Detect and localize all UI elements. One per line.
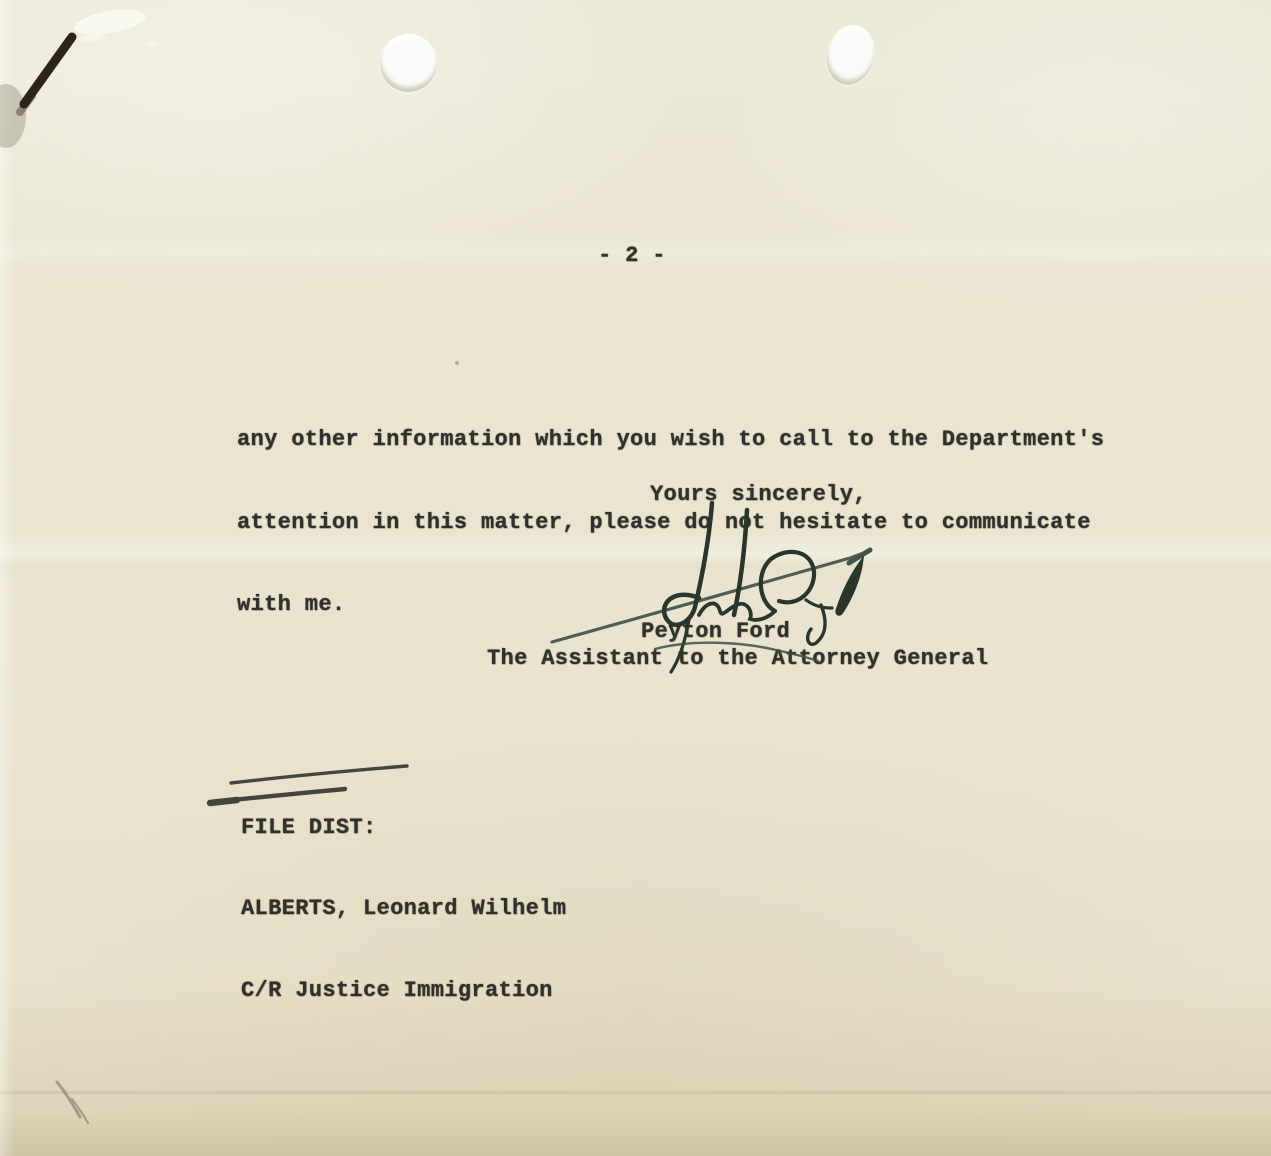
body-line: attention in this matter, please do not … [237,509,1104,537]
hole-punch-left [376,30,441,95]
hole-punch-right [820,20,880,90]
signer-name: Peyton Ford [641,618,790,646]
pencil-smudge [57,1082,88,1123]
paper-speck [455,361,459,365]
file-dist-recipient: ALBERTS, Leonard Wilhelm [241,895,566,922]
fold-crease [0,1090,1271,1095]
body-line: with me. [237,591,1104,619]
page-number: - 2 - [598,242,666,270]
file-dist-routing: C/R Justice Immigration [241,977,566,1004]
paper-edge-highlight [0,0,14,1156]
body-line: any other information which you wish to … [237,426,1104,454]
file-dist-label: FILE DIST: [241,814,566,841]
scanned-letter-page: - 2 - any other information which you wi… [0,0,1271,1156]
signer-title: The Assistant to the Attorney General [487,645,988,673]
corner-tear-mark [0,5,160,148]
file-distribution-block: FILE DIST: ALBERTS, Leonard Wilhelm C/R … [241,759,566,1059]
closing-line: Yours sincerely, [650,481,867,509]
